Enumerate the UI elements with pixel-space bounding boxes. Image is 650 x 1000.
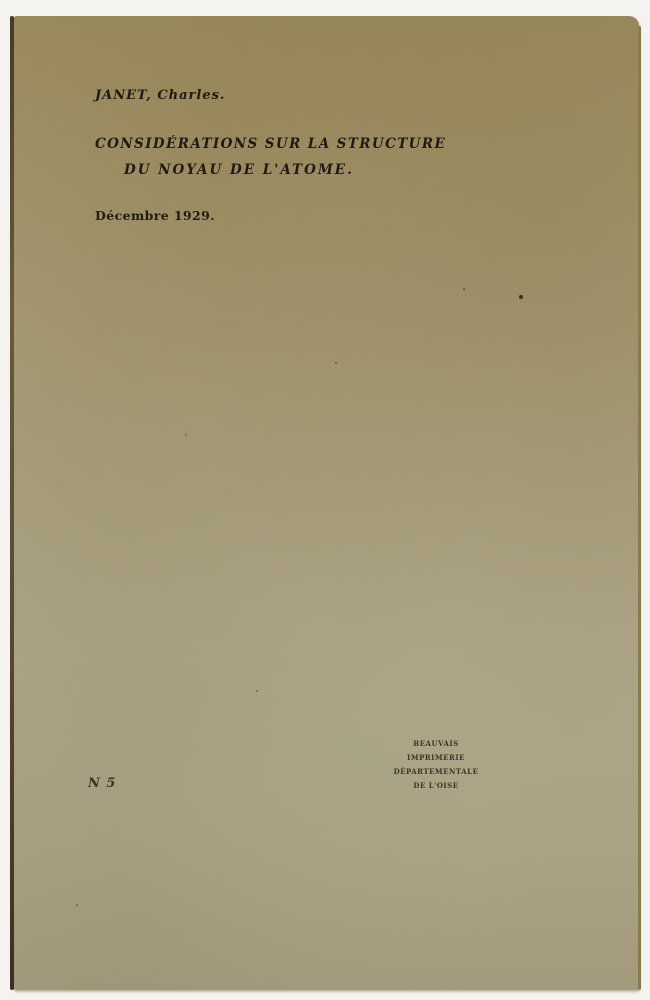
ink-spot xyxy=(76,904,78,906)
issue-number: N 5 xyxy=(88,776,116,791)
printer-imprint: BEAUVAIS IMPRIMERIE DÉPARTEMENTALE DE L'… xyxy=(380,737,492,793)
photo-background: JANET, Charles. CONSIDÉRATIONS SUR LA ST… xyxy=(0,0,650,1000)
printer-line: IMPRIMERIE xyxy=(380,751,492,765)
author-name: JANET, Charles. xyxy=(95,88,225,103)
ink-spot xyxy=(335,362,337,364)
ink-spot xyxy=(185,434,187,436)
publication-date: Décembre 1929. xyxy=(95,208,215,223)
title-line-2: DU NOYAU DE L'ATOME. xyxy=(124,162,354,178)
title-line-1: CONSIDÉRATIONS SUR LA STRUCTURE xyxy=(95,136,446,152)
ink-spot xyxy=(463,288,465,290)
ink-spot xyxy=(519,295,523,299)
ink-spot xyxy=(256,690,258,692)
printer-line: DE L'OISE xyxy=(380,779,492,793)
printer-line: DÉPARTEMENTALE xyxy=(380,765,492,779)
printer-line: BEAUVAIS xyxy=(380,737,492,751)
